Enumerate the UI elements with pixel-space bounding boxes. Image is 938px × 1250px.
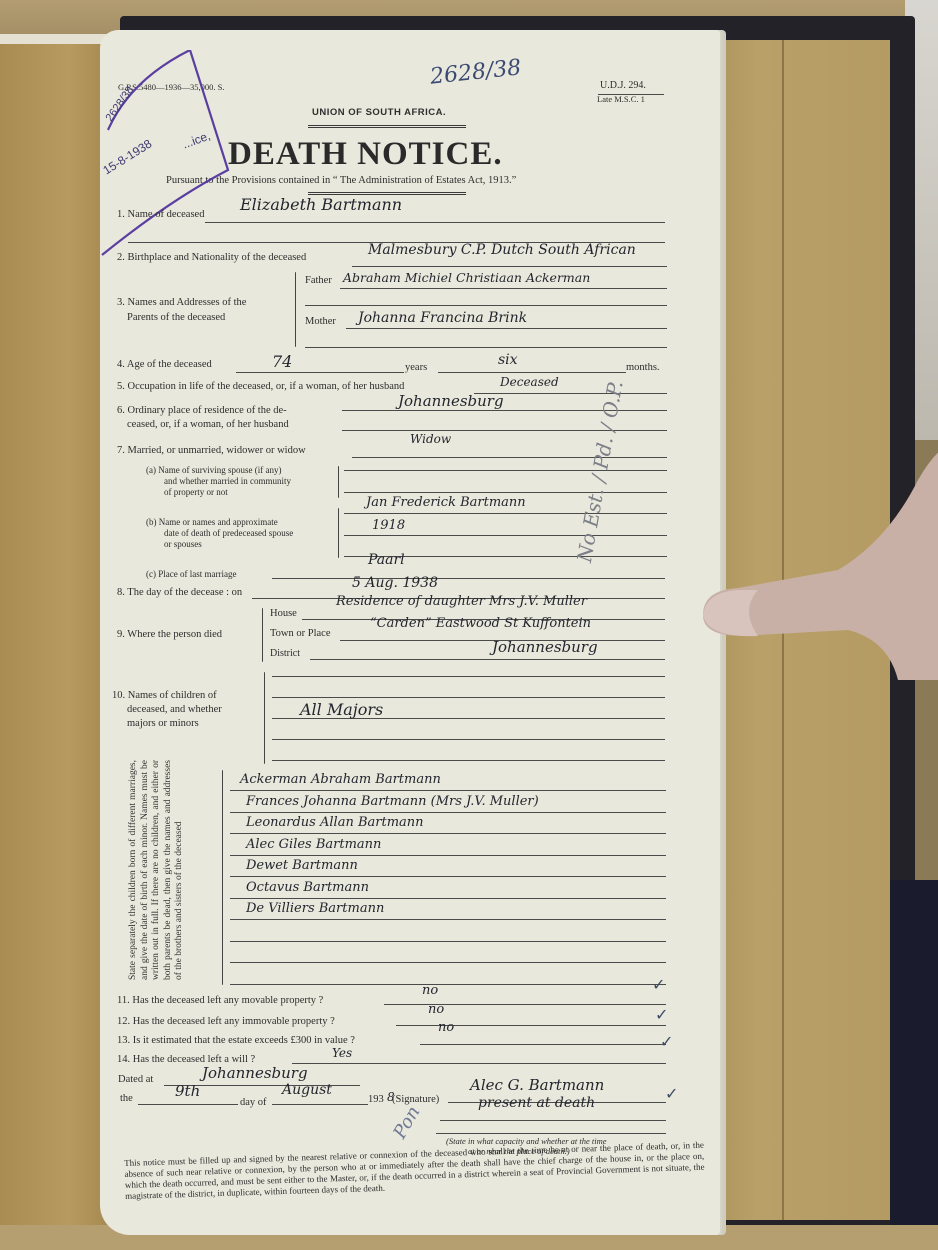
child-line bbox=[230, 898, 666, 899]
spouse-a-label-1: (a) Name of surviving spouse (if any) bbox=[146, 465, 281, 475]
marital-label: 7. Married, or unmarried, widower or wid… bbox=[117, 445, 306, 456]
estate-value[interactable]: no bbox=[438, 1020, 454, 1035]
spouse-a-brace bbox=[338, 466, 339, 498]
spouse-b-year[interactable]: 1918 bbox=[372, 518, 405, 533]
check-mark-icon: ✓ bbox=[660, 1032, 673, 1051]
child-line bbox=[230, 919, 666, 920]
header-double-rule bbox=[308, 125, 466, 128]
spouse-a-label-2: and whether married in community bbox=[164, 476, 291, 486]
year-prefix: 193 bbox=[368, 1094, 384, 1105]
age-months-value[interactable]: six bbox=[498, 352, 518, 368]
signature-label: (Signature) bbox=[392, 1094, 439, 1105]
children-line-1 bbox=[272, 676, 665, 677]
will-line bbox=[292, 1063, 666, 1064]
children-line-4 bbox=[272, 739, 665, 740]
parents-label-2: Parents of the deceased bbox=[127, 312, 225, 323]
left-binder-cover bbox=[0, 40, 115, 1250]
dated-at-label: Dated at bbox=[118, 1074, 153, 1085]
spouse-b-line-1 bbox=[344, 513, 667, 514]
check-mark-icon: ✓ bbox=[655, 1005, 668, 1024]
spouse-c-value[interactable]: Paarl bbox=[368, 552, 405, 568]
name-value[interactable]: Elizabeth Bartmann bbox=[240, 195, 402, 214]
age-months-line bbox=[438, 372, 626, 373]
child-line bbox=[230, 941, 666, 942]
dated-at-value[interactable]: Johannesburg bbox=[202, 1064, 308, 1082]
child-name[interactable]: Dewet Bartmann bbox=[246, 858, 358, 873]
age-years-value[interactable]: 74 bbox=[272, 352, 292, 371]
spouse-b-label-1: (b) Name or names and approximate bbox=[146, 517, 278, 527]
birthplace-value[interactable]: Malmesbury C.P. Dutch South African bbox=[368, 242, 636, 258]
father-line-2 bbox=[305, 305, 667, 306]
child-name[interactable]: De Villiers Bartmann bbox=[246, 901, 384, 916]
child-name[interactable]: Ackerman Abraham Bartmann bbox=[240, 772, 441, 787]
capacity-line bbox=[440, 1120, 666, 1121]
mother-line-2 bbox=[305, 347, 667, 348]
mother-label: Mother bbox=[305, 316, 336, 327]
marital-line bbox=[352, 457, 667, 458]
child-name[interactable]: Octavus Bartmann bbox=[246, 880, 369, 895]
birthplace-label: 2. Birthplace and Nationality of the dec… bbox=[117, 252, 306, 263]
house-label: House bbox=[270, 608, 297, 619]
spouse-b-label-2: date of death of predeceased spouse bbox=[164, 528, 293, 538]
child-line bbox=[230, 855, 666, 856]
decease-label: 8. The day of the decease : on bbox=[117, 587, 242, 598]
district-value[interactable]: Johannesburg bbox=[492, 638, 598, 656]
children-label-2: deceased, and whether bbox=[127, 704, 222, 715]
age-years-line bbox=[236, 372, 404, 373]
check-mark-icon: ✓ bbox=[652, 975, 665, 994]
occupation-label: 5. Occupation in life of the deceased, o… bbox=[117, 381, 404, 392]
child-line bbox=[230, 790, 666, 791]
estate-line bbox=[420, 1044, 666, 1045]
immovable-label: 12. Has the deceased left any immovable … bbox=[117, 1016, 335, 1027]
spouse-c-label: (c) Place of last marriage bbox=[146, 569, 236, 579]
day-value[interactable]: 9th bbox=[175, 1082, 200, 1100]
child-name[interactable]: Alec Giles Bartmann bbox=[246, 837, 381, 852]
dark-fabric bbox=[890, 880, 938, 1250]
month-line bbox=[272, 1104, 368, 1105]
child-name[interactable]: Leonardus Allan Bartmann bbox=[246, 815, 424, 830]
name-line bbox=[205, 222, 665, 223]
birthplace-line bbox=[352, 266, 667, 267]
years-label: years bbox=[405, 362, 427, 373]
child-line bbox=[230, 984, 666, 985]
children-brace bbox=[264, 672, 265, 764]
movable-label: 11. Has the deceased left any movable pr… bbox=[117, 995, 323, 1006]
father-line bbox=[340, 288, 667, 289]
district-label: District bbox=[270, 648, 300, 659]
children-instruction: State separately the children born of di… bbox=[128, 760, 186, 980]
district-line bbox=[310, 659, 665, 660]
mother-value[interactable]: Johanna Francina Brink bbox=[358, 310, 527, 326]
estate-label: 13. Is it estimated that the estate exce… bbox=[117, 1035, 355, 1046]
residence-value[interactable]: Johannesburg bbox=[398, 392, 504, 410]
spouse-a-label-3: of property or not bbox=[164, 487, 228, 497]
day-of-label: day of bbox=[240, 1097, 267, 1108]
the-label: the bbox=[120, 1093, 133, 1104]
spouse-b-line-2 bbox=[344, 535, 667, 536]
children-status[interactable]: All Majors bbox=[300, 700, 383, 719]
town-label: Town or Place bbox=[270, 628, 331, 639]
residence-label-1: 6. Ordinary place of residence of the de… bbox=[117, 405, 287, 416]
document-title: DEATH NOTICE. bbox=[228, 136, 503, 173]
where-brace bbox=[262, 608, 263, 662]
day-line bbox=[138, 1104, 238, 1105]
immovable-line bbox=[396, 1025, 666, 1026]
mother-line bbox=[346, 328, 667, 329]
children-line-2 bbox=[272, 697, 665, 698]
child-name[interactable]: Frances Johanna Bartmann (Mrs J.V. Mulle… bbox=[246, 794, 539, 809]
occupation-value[interactable]: Deceased bbox=[500, 375, 559, 389]
decease-value[interactable]: 5 Aug. 1938 bbox=[352, 575, 438, 591]
immovable-value[interactable]: no bbox=[428, 1002, 444, 1017]
parents-label-1: 3. Names and Addresses of the bbox=[117, 297, 246, 308]
months-label: months. bbox=[626, 362, 660, 373]
age-label: 4. Age of the deceased bbox=[117, 359, 212, 370]
children-label-3: majors or minors bbox=[127, 718, 199, 729]
check-mark-icon: ✓ bbox=[665, 1084, 678, 1103]
spouse-c-line bbox=[272, 578, 665, 579]
where-label: 9. Where the person died bbox=[117, 629, 222, 640]
children-label-1: 10. Names of children of bbox=[112, 690, 217, 701]
form-number: U.D.J. 294. bbox=[600, 80, 646, 91]
child-line bbox=[230, 962, 666, 963]
country-heading: UNION OF SOUTH AFRICA. bbox=[312, 107, 446, 118]
father-label: Father bbox=[305, 275, 332, 286]
spouse-b-label-3: or spouses bbox=[164, 539, 202, 549]
name-label: 1. Name of deceased bbox=[117, 209, 204, 220]
children-list-brace bbox=[222, 770, 223, 985]
child-line bbox=[230, 876, 666, 877]
cover-edge bbox=[0, 34, 112, 44]
capacity-value[interactable]: present at death bbox=[478, 1095, 595, 1111]
children-line-5 bbox=[272, 760, 665, 761]
month-value[interactable]: August bbox=[282, 1082, 332, 1098]
child-line bbox=[230, 833, 666, 834]
capacity-line-2 bbox=[436, 1133, 666, 1134]
movable-line bbox=[384, 1004, 666, 1005]
marital-value[interactable]: Widow bbox=[410, 432, 451, 446]
will-value[interactable]: Yes bbox=[332, 1046, 352, 1060]
house-value[interactable]: Residence of daughter Mrs J.V. Muller bbox=[336, 594, 587, 609]
signature-value[interactable]: Alec G. Bartmann bbox=[470, 1076, 604, 1094]
spouse-a-line-2 bbox=[344, 492, 667, 493]
spouse-b-brace bbox=[338, 508, 339, 558]
form-number-sub: Late M.S.C. 1 bbox=[597, 94, 645, 104]
child-line bbox=[230, 812, 666, 813]
hand-thumb bbox=[698, 440, 938, 680]
spouse-a-line-1 bbox=[344, 470, 667, 471]
town-value[interactable]: “Carden” Eastwood St Kuffontein bbox=[370, 616, 591, 631]
father-value[interactable]: Abraham Michiel Christiaan Ackerman bbox=[343, 270, 590, 285]
residence-label-2: ceased, or, if a woman, of her husband bbox=[127, 419, 289, 430]
spouse-b-name[interactable]: Jan Frederick Bartmann bbox=[366, 495, 526, 510]
parents-brace bbox=[295, 272, 296, 347]
movable-value[interactable]: no bbox=[422, 983, 438, 998]
